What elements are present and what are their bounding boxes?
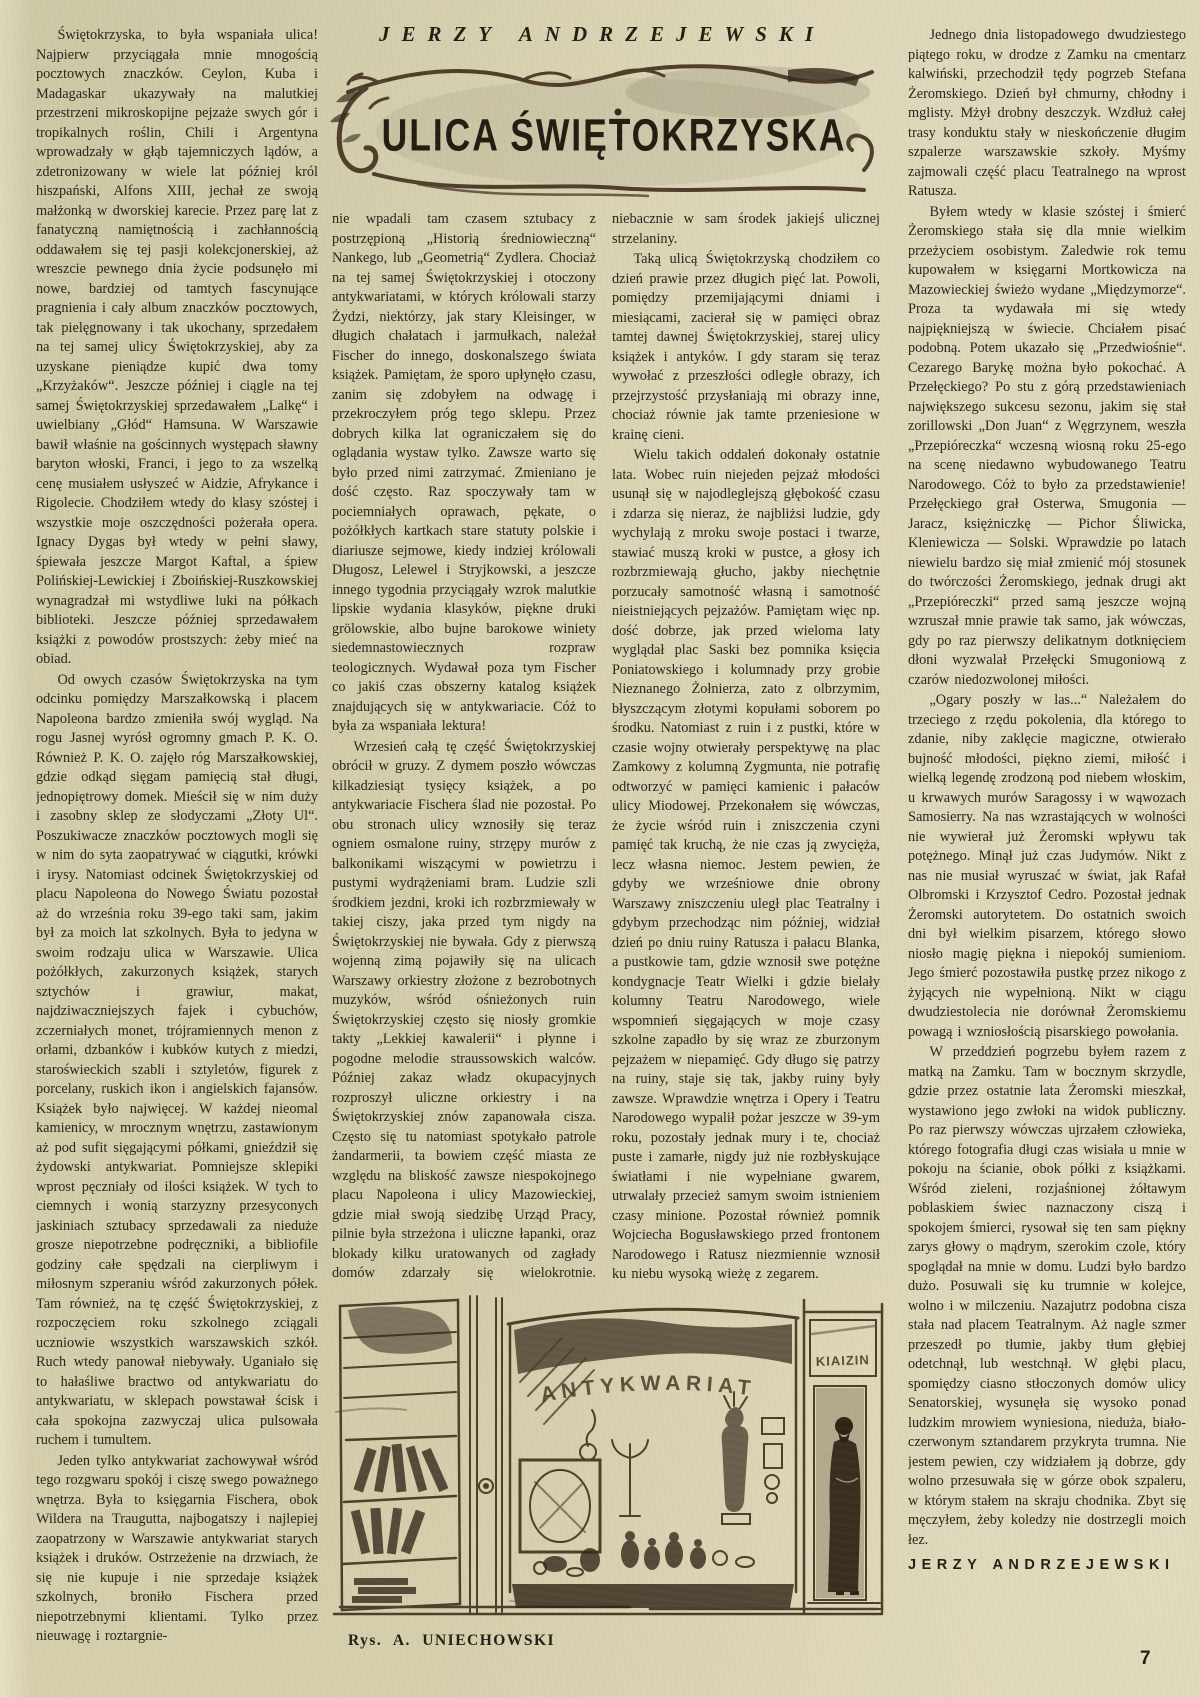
text-column-3: niebacznie w sam środek jakiejś ulicznej…	[612, 210, 880, 1286]
page-number: 7	[1140, 1648, 1151, 1670]
paragraph: Wielu takich oddaleń dokonały ostatnie l…	[612, 446, 880, 1285]
author-signature: JERZY ANDRZEJEWSKI	[908, 1556, 1186, 1576]
title-banner: ULICA ŚWIĘTOKRZYSKA	[318, 50, 880, 206]
paragraph: Taką ulicą Świętokrzyską chodziłem co dz…	[612, 250, 880, 445]
paragraph: Wrzesień całą tę część Świętokrzyskiej o…	[332, 738, 596, 1283]
paragraph: nie wpadali tam czasem sztubacy z postrz…	[332, 210, 596, 737]
books-on-shelves	[351, 1444, 449, 1603]
paragraph: Byłem wtedy w klasie szóstej i śmierć Że…	[908, 203, 1186, 691]
window-sign-textpath: ANTYKWARIAT	[539, 1372, 757, 1407]
text-column-4: Jednego dnia listopadowego dwudziestego …	[908, 26, 1186, 1656]
door-sign-text: KIAIZIN	[816, 1352, 870, 1369]
paragraph: Jeden tylko antykwariat zachowywał wśród…	[36, 1452, 318, 1647]
illustration-caption: Rys. A. UNIECHOWSKI	[348, 1632, 555, 1650]
center-pillar	[470, 1296, 502, 1614]
text-column-2: nie wpadali tam czasem sztubacy z postrz…	[332, 210, 596, 1282]
article-title: ULICA ŚWIĘTOKRZYSKA	[364, 110, 863, 161]
article-author-heading: JERZY ANDRZEJEWSKI	[322, 22, 882, 47]
paragraph: niebacznie w sam środek jakiejś ulicznej…	[612, 210, 880, 249]
paragraph: W przeddzień pogrzebu byłem razem z matk…	[908, 1043, 1186, 1550]
magazine-page: JERZY ANDRZEJEWSKI ULICA ŚWIĘTOKRZYSKA	[0, 0, 1200, 1697]
text-column-1: Świętokrzyska, to była wspaniała ulica! …	[36, 26, 318, 1648]
statuette	[722, 1407, 749, 1512]
dark-window-reflection	[348, 1306, 452, 1353]
paragraph: Od owych czasów Świętokrzyska na tym odc…	[36, 671, 318, 1451]
paragraph: Świętokrzyska, to była wspaniała ulica! …	[36, 26, 318, 670]
paragraph: Jednego dnia listopadowego dwudziestego …	[908, 26, 1186, 202]
bookshop-illustration: ANTYKWARIAT	[330, 1290, 886, 1622]
paragraph: „Ogary poszły w las...“ Należałem do trz…	[908, 691, 1186, 1042]
bookshop-sketch-drawing: ANTYKWARIAT	[330, 1290, 886, 1622]
window-sign-text: ANTYKWARIAT	[539, 1372, 757, 1407]
